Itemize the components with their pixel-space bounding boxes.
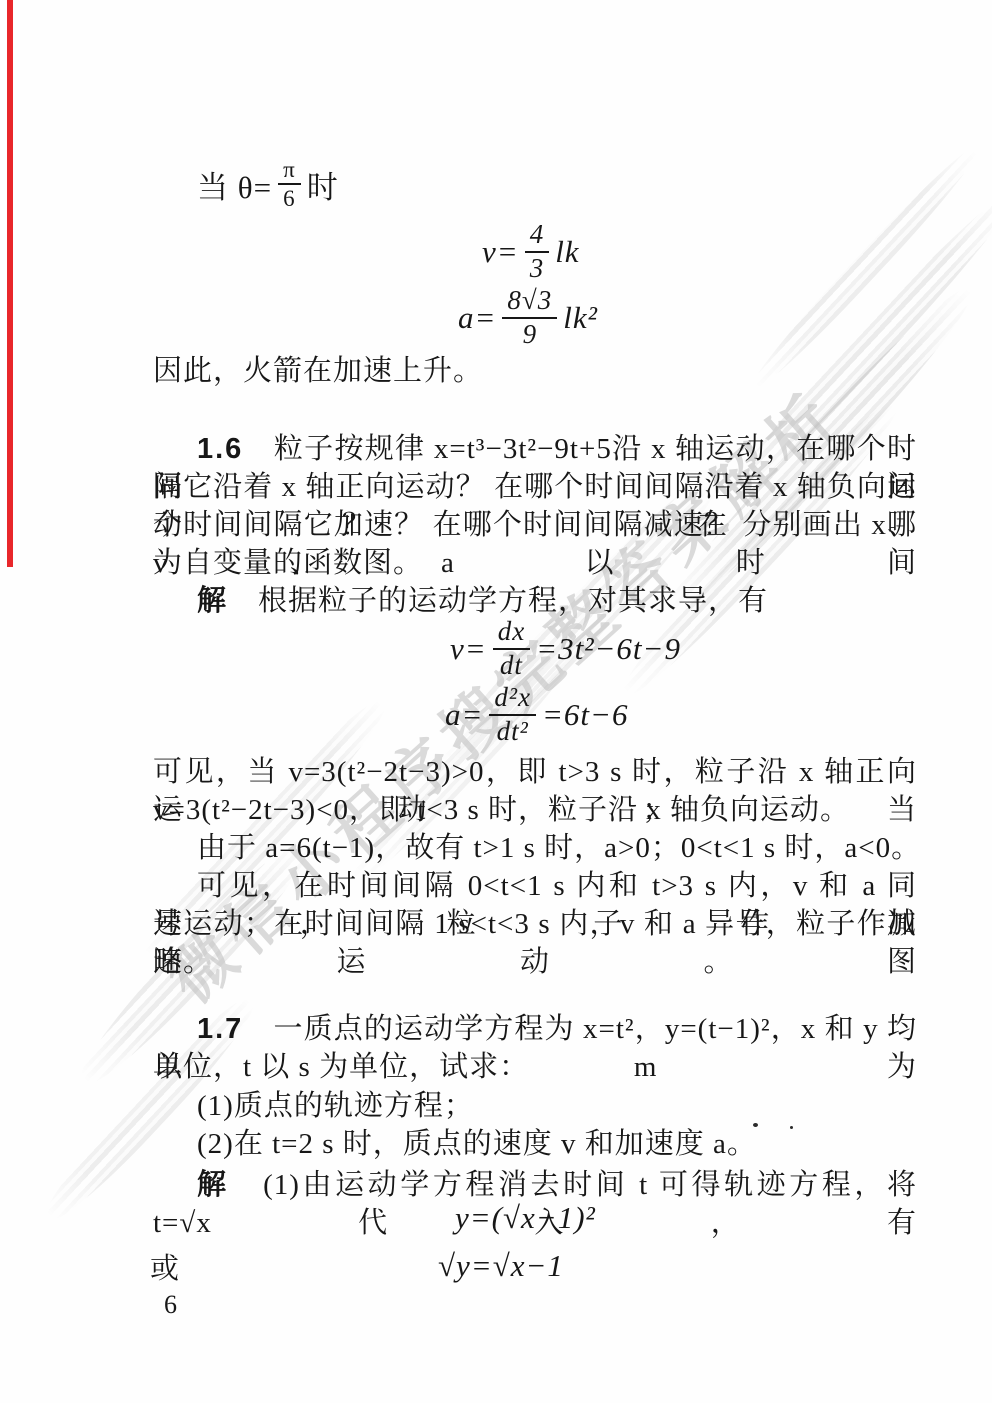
solve-text: 根据粒子的运动学方程，对其求导，有	[228, 585, 768, 617]
fraction-denominator: 3	[525, 253, 550, 285]
eq-rhs: lk	[555, 234, 579, 270]
problem-1-6-line9: 速运动；在时间间隔 1 s<t<3 s 内，v 和 a 异号，粒子作减速运动。图	[153, 905, 917, 981]
pi-over-6-fraction: π 6	[278, 156, 301, 212]
ink-speck	[790, 1126, 793, 1129]
fraction-numerator: d²x	[489, 682, 536, 716]
solve-label: 解	[197, 585, 228, 617]
fraction-numerator: 4	[525, 219, 550, 253]
problem-1-6-line10: 略。	[153, 943, 213, 981]
page-number: 6	[164, 1290, 177, 1320]
equation-v-lk: v= 4 3 lk	[482, 219, 580, 285]
red-scan-line	[7, 0, 13, 567]
eq-rhs: =6t−6	[542, 697, 628, 733]
equation-velocity: v= dx dt =3t²−6t−9	[450, 616, 681, 682]
fraction: d²x dt²	[489, 682, 536, 748]
theta-condition-line: 当 θ= π 6 时	[197, 156, 339, 212]
fraction: dx dt	[493, 616, 530, 682]
eq-lhs: v=	[482, 234, 519, 270]
problem-number: 1.6	[197, 433, 243, 465]
problem-1-6-solution-intro: 解 根据粒子的运动学方程，对其求导，有	[153, 582, 768, 620]
equation-trajectory: y=(√x−1)²	[455, 1200, 596, 1236]
rocket-conclusion: 因此，火箭在加速上升。	[153, 352, 483, 390]
eq-lhs: a=	[458, 300, 496, 336]
equation-acceleration: a= d²x dt² =6t−6	[445, 682, 628, 748]
theta-pre-text: 当 θ=	[197, 162, 272, 207]
problem-1-6-line4: 为自变量的函数图。	[153, 544, 423, 582]
eq-lhs: a=	[445, 697, 483, 733]
problem-number: 1.7	[197, 1013, 243, 1045]
fraction-denominator: 6	[278, 185, 301, 212]
or-label: 或	[150, 1250, 180, 1288]
problem-1-7-line3: (1)质点的轨迹方程；	[153, 1087, 474, 1125]
fraction-denominator: 9	[518, 319, 543, 351]
fraction: 4 3	[525, 219, 550, 285]
fraction-numerator: dx	[493, 616, 530, 650]
fraction-denominator: dt	[495, 650, 528, 682]
fraction-denominator: dt²	[492, 716, 534, 748]
equation-a-lk2: a= 8√3 9 lk²	[458, 285, 598, 351]
fraction-numerator: π	[278, 156, 301, 185]
theta-post-text: 时	[307, 162, 339, 207]
equation-trajectory-alt: √y=√x−1	[438, 1248, 564, 1284]
problem-1-6-line7: 由于 a=6(t−1)，故有 t>1 s 时，a>0；0<t<1 s 时，a<0…	[153, 829, 921, 867]
scanned-textbook-page: 微信小程序搜完整答案解析 当 θ= π 6 时 v= 4 3 lk a= 8√3…	[0, 0, 992, 1403]
fraction-numerator: 8√3	[502, 285, 557, 319]
fraction: 8√3 9	[502, 285, 557, 351]
problem-1-6-line6: v=3(t²−2t−3)<0，即 t<3 s 时，粒子沿 x 轴负向运动。	[153, 791, 850, 829]
problem-1-7-line4: (2)在 t=2 s 时，质点的速度 v 和加速度 a。	[153, 1125, 757, 1163]
solve-label: 解	[197, 1169, 231, 1201]
eq-lhs: v=	[450, 631, 487, 667]
eq-rhs: =3t²−6t−9	[536, 631, 681, 667]
eq-rhs: lk²	[563, 300, 598, 336]
problem-1-7-line2: 单位，t 以 s 为单位，试求：	[153, 1048, 529, 1086]
